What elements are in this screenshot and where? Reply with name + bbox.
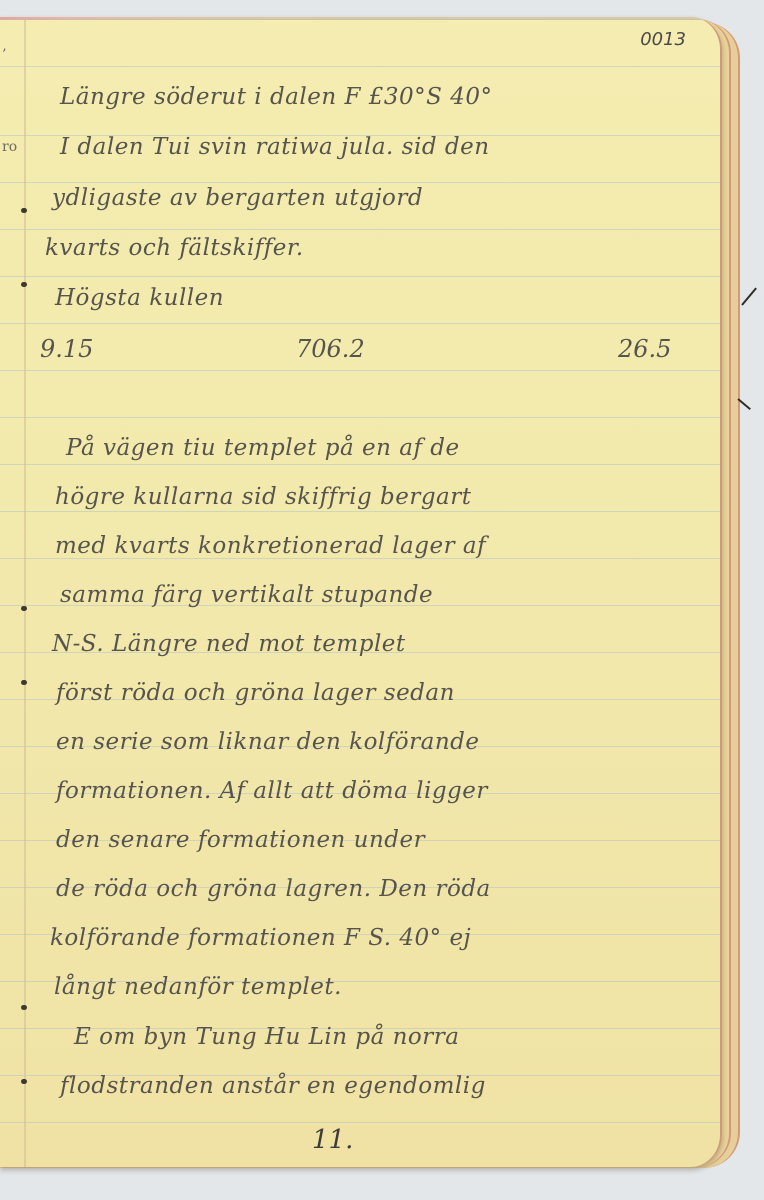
readings-row: 9.15 706.2 26.5 xyxy=(40,335,700,375)
reading-time: 9.15 xyxy=(40,335,93,363)
reading-pressure: 706.2 xyxy=(296,335,365,363)
text-line: samma färg vertikalt stupande xyxy=(60,582,700,622)
text-line: ydligaste av bergarten utgjord xyxy=(52,185,700,225)
text-line: I dalen Tui svin ratiwa jula. sid den xyxy=(60,134,700,174)
text-line: Högsta kullen xyxy=(55,285,700,325)
binding-fold xyxy=(24,17,26,1167)
text-line: formationen. Af allt att döma ligger xyxy=(56,778,700,818)
binding-hole xyxy=(21,606,27,611)
binding-hole xyxy=(21,680,27,685)
binding-hole xyxy=(21,1079,27,1084)
text-line: E om byn Tung Hu Lin på norra xyxy=(74,1024,700,1064)
text-line: långt nedanför templet. xyxy=(54,974,700,1014)
previous-page-mark: ’ xyxy=(2,47,6,63)
text-line: kvarts och fältskiffer. xyxy=(45,235,700,275)
folio-number: 11. xyxy=(312,1125,353,1155)
text-line: flodstranden anstår en egendomlig xyxy=(60,1073,700,1113)
binding-hole xyxy=(21,282,27,287)
reading-temperature: 26.5 xyxy=(618,335,671,363)
binding-thread xyxy=(741,288,757,306)
text-line: med kvarts konkretionerad lager af xyxy=(55,533,700,573)
page-code: 0013 xyxy=(640,29,686,50)
text-line: de röda och gröna lagren. Den röda xyxy=(56,876,700,916)
text-line: först röda och gröna lager sedan xyxy=(56,680,700,720)
text-line: den senare formationen under xyxy=(56,827,700,867)
text-line: På vägen tiu templet på en af de xyxy=(66,435,700,475)
text-line: Längre söderut i dalen F £30°S 40° xyxy=(60,84,700,124)
binding-hole xyxy=(21,208,27,213)
binding-hole xyxy=(21,1005,27,1010)
text-line: kolförande formationen F S. 40° ej xyxy=(50,925,700,965)
text-line: N-S. Längre ned mot templet xyxy=(52,631,700,671)
notebook-page: ’ ro 0013 Längre söderut i dalen F £30°S… xyxy=(0,17,722,1167)
text-line: en serie som liknar den kolförande xyxy=(56,729,700,769)
previous-page-mark: ro xyxy=(2,139,17,155)
text-line: högre kullarna sid skiffrig bergart xyxy=(55,484,700,524)
